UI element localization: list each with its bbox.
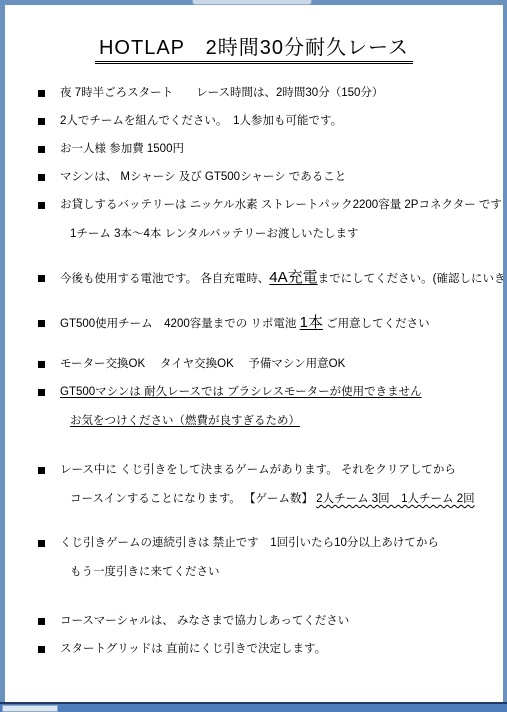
rule-text: 1本	[300, 314, 323, 331]
rule-item: 2人でチームを組んでください。 1人参加も可能です。	[38, 112, 503, 130]
square-bullet-icon	[38, 202, 45, 209]
square-bullet-icon	[38, 275, 45, 282]
rule-text: お貸しするバッテリーは ニッケル水素 ストレートパック2200容量 2Pコネクタ…	[60, 199, 502, 211]
rule-text: お一人様 参加費 1500円	[60, 143, 184, 155]
rule-text: くじ引きゲームの連続引きは 禁止です 1回引いたら10分以上あけてから	[60, 537, 439, 549]
rule-text: ご用意してください	[323, 318, 430, 330]
rule-item: GT500マシンは 耐久レースでは ブラシレスモーターが使用できませんお気をつけ…	[38, 383, 503, 430]
rule-item: 今後も使用する電池です。 各自充電時、4A充電までにしてください。(確認しにいき…	[38, 269, 503, 288]
rule-text: 4A充電	[269, 269, 317, 286]
document-title: HOTLAP 2時間30分耐久レース	[95, 31, 413, 64]
rule-text: コースマーシャルは、 みなさまで協力しあってください	[60, 615, 349, 627]
rule-item: 夜 7時半ごろスタート レース時間は、2時間30分（150分）	[38, 84, 503, 102]
rule-line-continuation: 1チーム 3本～4本 レンタルバッテリーお渡しいたします	[38, 225, 503, 243]
rule-item: レース中に くじ引きをして決まるゲームがあります。 それをクリアしてからコースイ…	[38, 461, 503, 508]
rule-text: もう一度引きに来てください	[70, 566, 220, 578]
rule-text: GT500マシンは 耐久レースでは ブラシレスモーターが使用できません	[60, 386, 422, 398]
rule-item: GT500使用チーム 4200容量までの リポ電池 1本 ご用意してください	[38, 314, 503, 333]
rule-line: スタートグリッドは 直前にくじ引きで決定します。	[38, 640, 503, 658]
rule-item: お一人様 参加費 1500円	[38, 140, 503, 158]
scrollbar-thumb[interactable]	[2, 705, 58, 712]
square-bullet-icon	[38, 90, 45, 97]
rule-text: マシンは、 Mシャーシ 及び GT500シャーシ であること	[60, 171, 346, 183]
rule-text: コースインすることになります。 【ゲーム数】	[70, 493, 316, 505]
square-bullet-icon	[38, 646, 45, 653]
rule-line: お一人様 参加費 1500円	[38, 140, 503, 158]
rule-text: お気をつけください（燃費が良すぎるため）	[70, 415, 300, 427]
rule-text: 1チーム 3本～4本 レンタルバッテリーお渡しいたします	[70, 228, 359, 240]
square-bullet-icon	[38, 389, 45, 396]
square-bullet-icon	[38, 146, 45, 153]
rule-line: コースマーシャルは、 みなさまで協力しあってください	[38, 612, 503, 630]
rule-line: GT500マシンは 耐久レースでは ブラシレスモーターが使用できません	[38, 383, 503, 401]
rule-text: 夜 7時半ごろスタート レース時間は、2時間30分（150分）	[60, 87, 383, 99]
rule-line: マシンは、 Mシャーシ 及び GT500シャーシ であること	[38, 168, 503, 186]
square-bullet-icon	[38, 618, 45, 625]
rule-line: GT500使用チーム 4200容量までの リポ電池 1本 ご用意してください	[38, 314, 503, 333]
rule-line-continuation: コースインすることになります。 【ゲーム数】 2人チーム 3回 1人チーム 2回	[38, 490, 503, 508]
rule-item: スタートグリッドは 直前にくじ引きで決定します。	[38, 640, 503, 658]
rule-item: コースマーシャルは、 みなさまで協力しあってください	[38, 612, 503, 630]
rule-line: くじ引きゲームの連続引きは 禁止です 1回引いたら10分以上あけてから	[38, 534, 503, 552]
square-bullet-icon	[38, 467, 45, 474]
square-bullet-icon	[38, 361, 45, 368]
rule-item: くじ引きゲームの連続引きは 禁止です 1回引いたら10分以上あけてからもう一度引…	[38, 534, 503, 581]
horizontal-scrollbar[interactable]	[0, 704, 507, 712]
rule-text: レース中に くじ引きをして決まるゲームがあります。 それをクリアしてから	[60, 464, 456, 476]
rule-text: 今後も使用する電池です。 各自充電時、	[60, 273, 269, 285]
title-row: HOTLAP 2時間30分耐久レース	[5, 31, 503, 64]
rule-item: モーター交換OK タイヤ交換OK 予備マシン用意OK	[38, 355, 503, 373]
square-bullet-icon	[38, 174, 45, 181]
rule-line: レース中に くじ引きをして決まるゲームがあります。 それをクリアしてから	[38, 461, 503, 479]
rule-line-continuation: お気をつけください（燃費が良すぎるため）	[38, 412, 503, 430]
rule-text: 2人でチームを組んでください。 1人参加も可能です。	[60, 115, 342, 127]
rules-list: 夜 7時半ごろスタート レース時間は、2時間30分（150分）2人でチームを組ん…	[38, 84, 503, 658]
rule-line: お貸しするバッテリーは ニッケル水素 ストレートパック2200容量 2Pコネクタ…	[38, 196, 503, 214]
rule-text: までにしてください。(確認しにいきます)	[318, 273, 503, 285]
document-page: HOTLAP 2時間30分耐久レース 夜 7時半ごろスタート レース時間は、2時…	[5, 5, 503, 702]
rule-item: お貸しするバッテリーは ニッケル水素 ストレートパック2200容量 2Pコネクタ…	[38, 196, 503, 243]
rule-line-continuation: もう一度引きに来てください	[38, 563, 503, 581]
rule-text: スタートグリッドは 直前にくじ引きで決定します。	[60, 643, 326, 655]
rule-text: GT500使用チーム 4200容量までの リポ電池	[60, 318, 300, 330]
rule-item: マシンは、 Mシャーシ 及び GT500シャーシ であること	[38, 168, 503, 186]
rule-line: 今後も使用する電池です。 各自充電時、4A充電までにしてください。(確認しにいき…	[38, 269, 503, 288]
square-bullet-icon	[38, 118, 45, 125]
window-border-right	[503, 0, 507, 704]
rule-line: 2人でチームを組んでください。 1人参加も可能です。	[38, 112, 503, 130]
rule-line: モーター交換OK タイヤ交換OK 予備マシン用意OK	[38, 355, 503, 373]
rule-text: 2人チーム 3回 1人チーム 2回	[316, 493, 474, 505]
rule-line: 夜 7時半ごろスタート レース時間は、2時間30分（150分）	[38, 84, 503, 102]
square-bullet-icon	[38, 540, 45, 547]
square-bullet-icon	[38, 320, 45, 327]
rule-text: モーター交換OK タイヤ交換OK 予備マシン用意OK	[60, 358, 345, 370]
